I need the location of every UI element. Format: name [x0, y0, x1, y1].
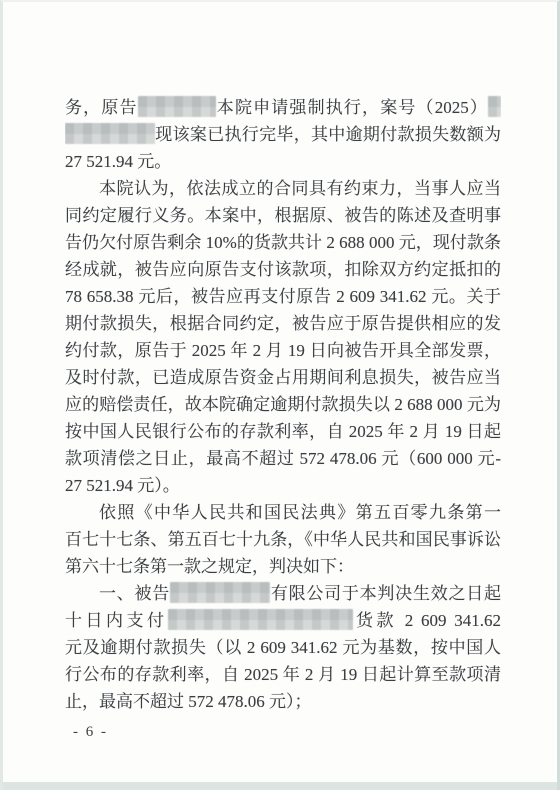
text-line: 百七十七条、第五百七十九条，《中华人民共和国民事诉讼法》 [65, 526, 501, 553]
text-line: 十日内支付货款 2 609 341.62 [65, 607, 501, 634]
text-line: 告仍欠付原告剩余 10%的货款共计 2 688 000 元，现付款条件已 [65, 229, 501, 256]
text-segment: 经成就，被告应向原告支付该款项，扣除双方约定抵扣的 [65, 260, 501, 279]
text-line: 按中国人民银行公布的存款利率，自 2025 年 2 月 19 日起计算至 [65, 418, 501, 445]
text-line: 期付款损失，根据合同约定，被告应于原告提供相应的发票后依 [65, 310, 501, 337]
text-line: 元及逾期付款损失（以 2 609 341.62 元为基数，按中国人民银 [65, 634, 501, 661]
text-segment: 本院认为，依法成立的合同具有约束力，当事人应当按照合 [65, 179, 501, 202]
page-bottom-edge [3, 782, 557, 790]
document-lines: 务，原告本院申请强制执行，案号（2025）现该案已执行完毕，其中逾期付款损失数额… [65, 94, 501, 715]
text-segment: 现该案已执行完毕，其中逾期付款损失数额为 [155, 125, 501, 144]
text-segment: 78 658.38 元后，被告应再支付原告 2 609 341.62 元。关于逾 [65, 287, 501, 310]
text-line: 行公布的存款利率，自 2025 年 2 月 19 日起计算至款项清偿之日 [65, 661, 501, 688]
text-line: 款项清偿之日止，最高不超过 572 478.06 元（600 000 元- [65, 445, 501, 472]
text-segment: 27 521.94 元）。 [65, 476, 180, 495]
text-segment: 一、被告 [99, 584, 170, 603]
text-segment: 十日内支付 [65, 611, 168, 630]
text-line: 约付款，原告于 2025 年 2 月 19 日向被告开具全部发票，被告未 [65, 337, 501, 364]
text-segment: 元及逾期付款损失（以 2 609 341.62 元为基数，按中国人民银 [65, 638, 501, 661]
text-line: 同约定履行义务。本案中，根据原、被告的陈述及查明事实，被 [65, 202, 501, 229]
text-segment: 款项清偿之日止，最高不超过 572 478.06 元（600 000 元- [65, 449, 501, 468]
text-segment: 百七十七条、第五百七十九条，《中华人民共和国民事诉讼法》 [65, 530, 501, 553]
text-line: 经成就，被告应向原告支付该款项，扣除双方约定抵扣的 [65, 256, 501, 283]
text-line: 务，原告本院申请强制执行，案号（2025） [65, 94, 501, 121]
text-segment: 应的赔偿责任，故本院确定逾期付款损失以 2 688 000 元为基数， [65, 395, 501, 418]
text-line: 应的赔偿责任，故本院确定逾期付款损失以 2 688 000 元为基数， [65, 391, 501, 418]
text-segment: 第六十七条第一款之规定，判决如下： [65, 557, 354, 576]
text-segment: 本院申请强制执行，案号（2025） [216, 98, 488, 117]
text-line: 现该案已执行完毕，其中逾期付款损失数额为 [65, 121, 501, 148]
redacted-blur [168, 609, 353, 630]
text-segment: 止，最高不超过 572 478.06 元）； [65, 692, 312, 711]
text-line: 及时付款，已造成原告资金占用期间利息损失，被告应当承担相 [65, 364, 501, 391]
text-segment: 同约定履行义务。本案中，根据原、被告的陈述及查明事实，被 [65, 206, 501, 229]
text-segment: 有限公司于本判决生效之日起 [270, 584, 501, 603]
text-line: 止，最高不超过 572 478.06 元）； [65, 688, 501, 715]
text-line: 依照《中华人民共和国民法典》第五百零九条第一款、第五 [65, 499, 501, 526]
text-line: 27 521.94 元。 [65, 148, 501, 175]
document-page: 务，原告本院申请强制执行，案号（2025）现该案已执行完毕，其中逾期付款损失数额… [0, 0, 560, 790]
text-line: 78 658.38 元后，被告应再支付原告 2 609 341.62 元。关于逾 [65, 283, 501, 310]
text-line: 一、被告有限公司于本判决生效之日起 [65, 580, 501, 607]
text-segment: 27 521.94 元。 [65, 152, 171, 171]
text-segment: 务，原告 [65, 98, 138, 117]
redacted-blur [138, 96, 216, 117]
text-segment: 告仍欠付原告剩余 10%的货款共计 2 688 000 元，现付款条件已 [65, 233, 501, 256]
document-text: 务，原告本院申请强制执行，案号（2025）现该案已执行完毕，其中逾期付款损失数额… [65, 94, 501, 715]
redacted-blur [65, 123, 155, 144]
text-line: 本院认为，依法成立的合同具有约束力，当事人应当按照合 [65, 175, 501, 202]
text-line: 27 521.94 元）。 [65, 472, 501, 499]
text-line: 第六十七条第一款之规定，判决如下： [65, 553, 501, 580]
text-segment: 约付款，原告于 2025 年 2 月 19 日向被告开具全部发票，被告未 [65, 341, 501, 364]
text-segment: 按中国人民银行公布的存款利率，自 2025 年 2 月 19 日起计算至 [65, 422, 501, 445]
text-segment: 依照《中华人民共和国民法典》第五百零九条第一款、第五 [65, 503, 501, 526]
text-segment: 货款 2 609 341.62 [353, 611, 502, 630]
text-segment: 及时付款，已造成原告资金占用期间利息损失，被告应当承担相 [65, 368, 501, 391]
redacted-blur [488, 96, 501, 117]
text-segment: 行公布的存款利率，自 2025 年 2 月 19 日起计算至款项清偿之日 [65, 665, 501, 688]
page-number: - 6 - [73, 724, 108, 741]
redacted-blur [170, 582, 270, 603]
text-segment: 期付款损失，根据合同约定，被告应于原告提供相应的发票后依 [65, 314, 501, 337]
